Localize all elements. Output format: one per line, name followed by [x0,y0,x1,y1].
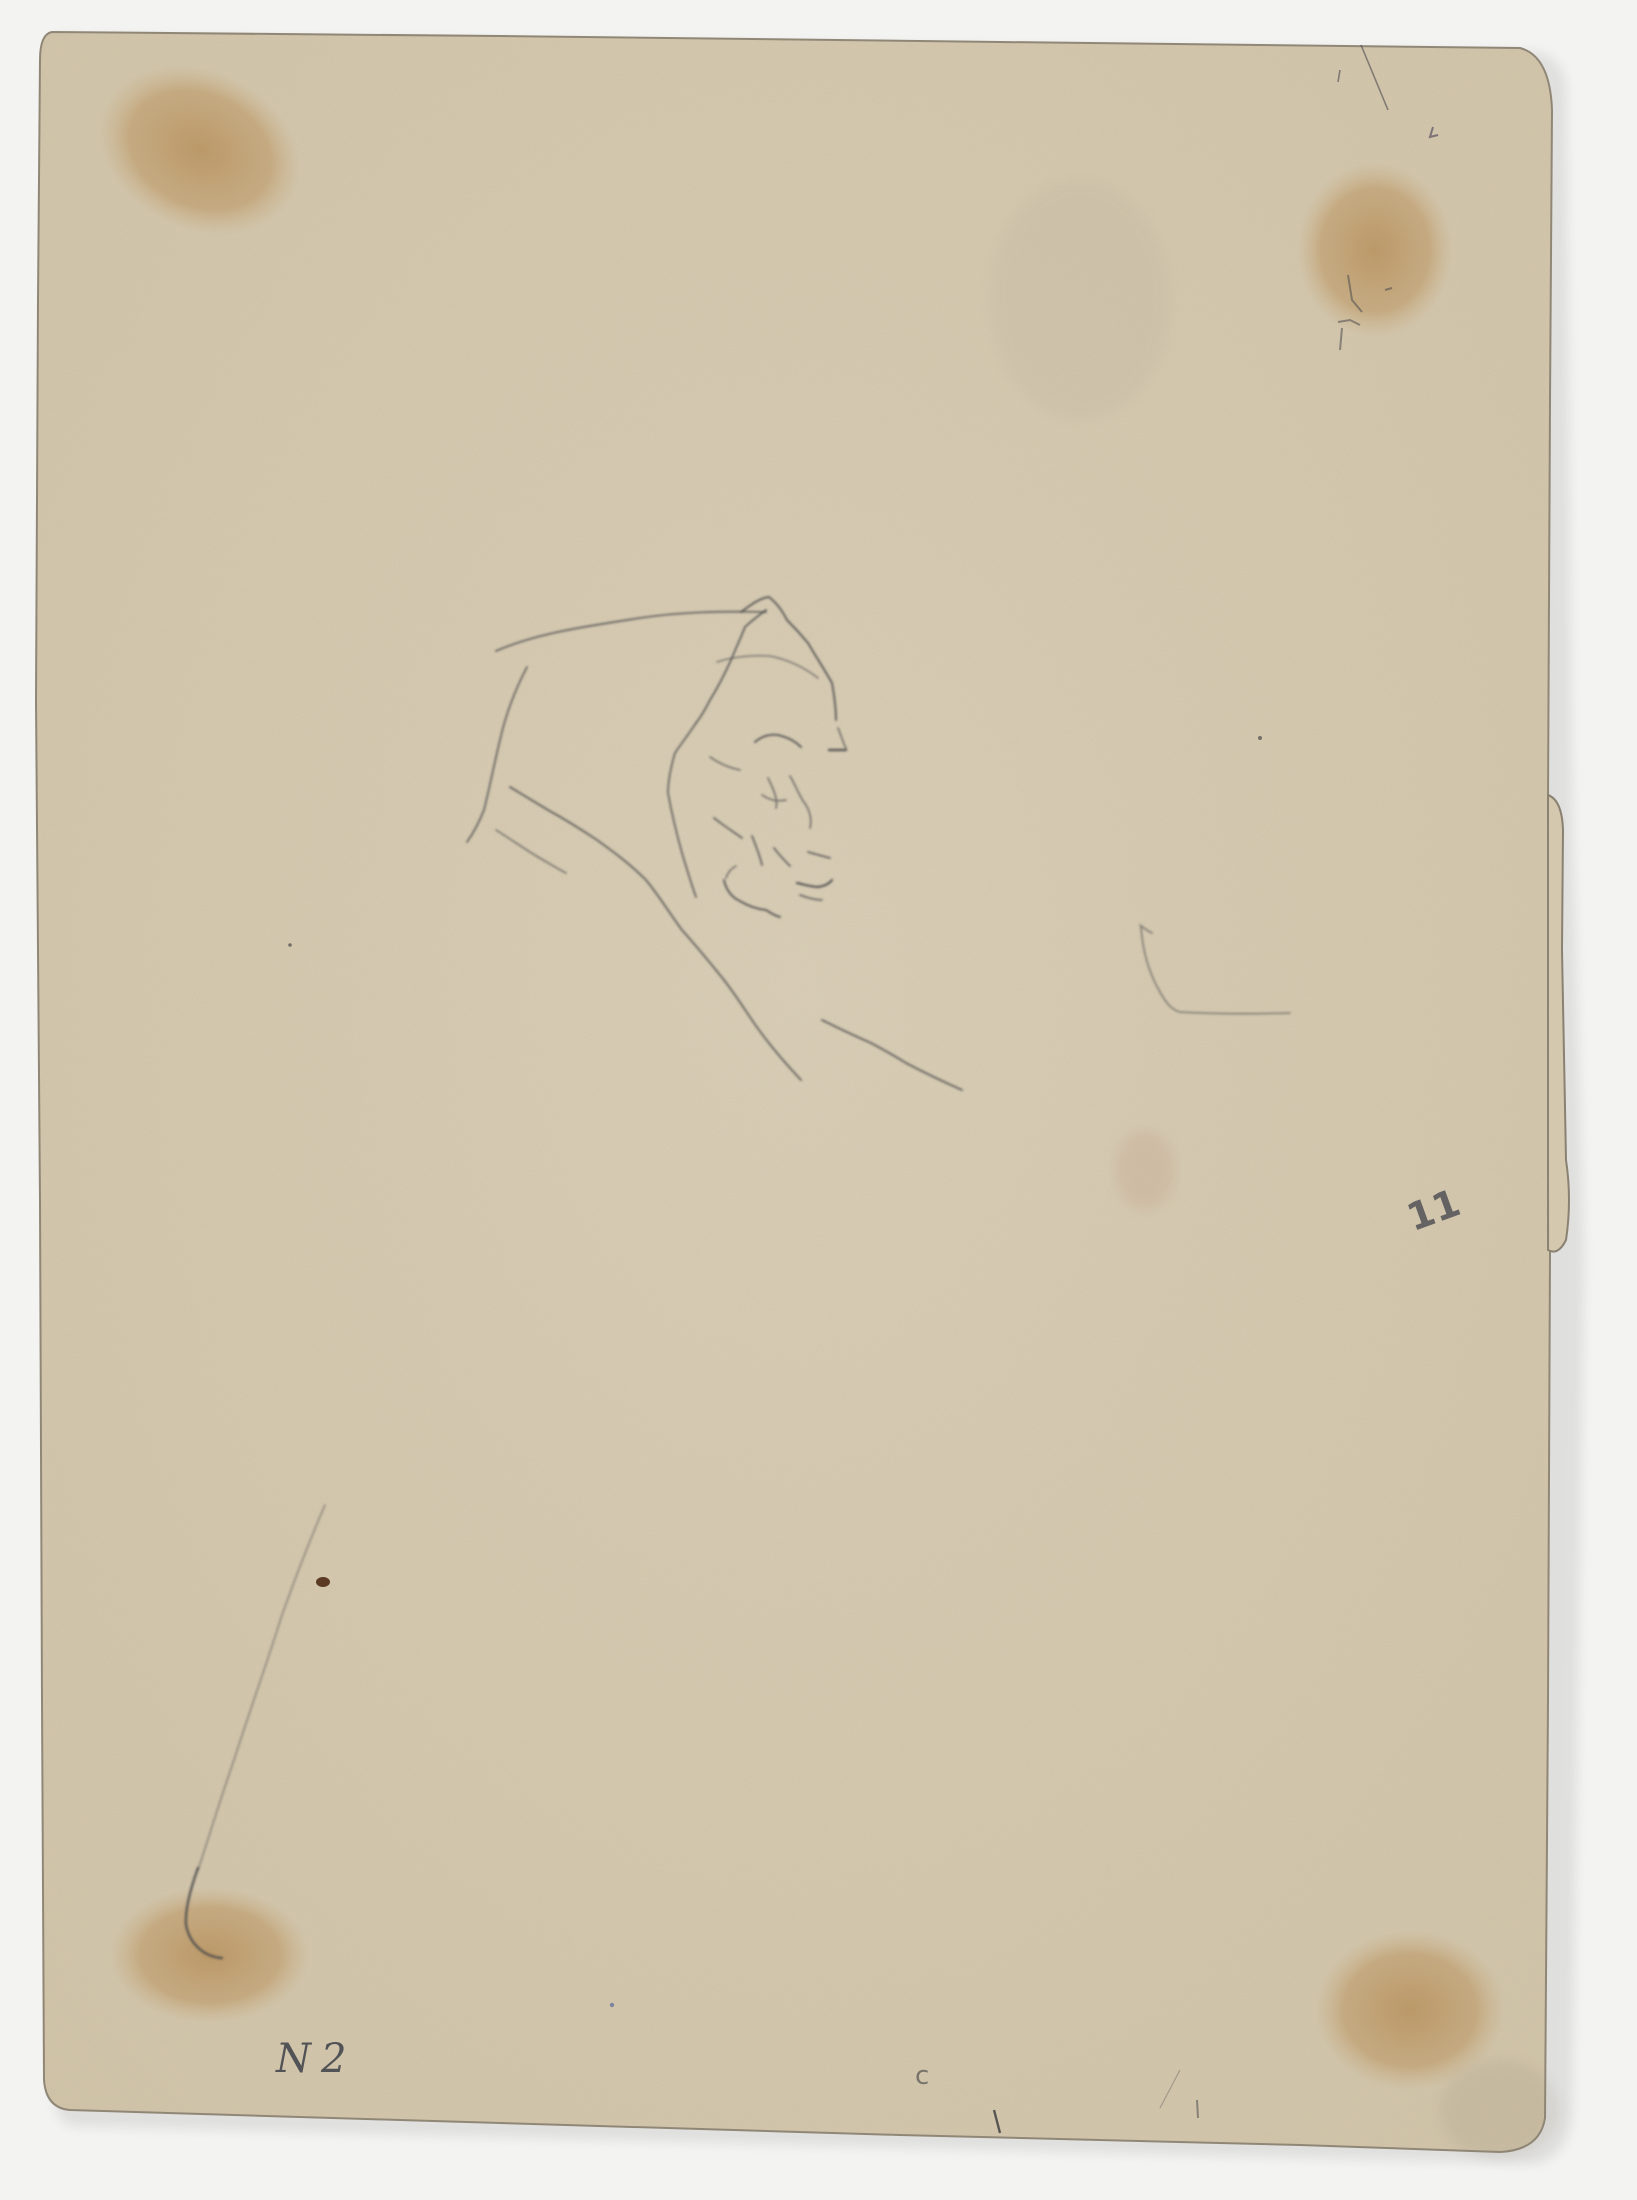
inscription-n2: N2 [275,2036,356,2082]
stain-top-right [1297,162,1453,338]
smudge-pink [1115,1130,1175,1210]
smudge-upper [990,180,1170,420]
artwork-scene: N2 11 c [0,0,1637,2200]
paper-grain [36,32,1552,2152]
brown-spot [316,1577,330,1587]
inscription-c: c [915,2061,929,2091]
stain-bottom-right [1315,1930,1505,2090]
